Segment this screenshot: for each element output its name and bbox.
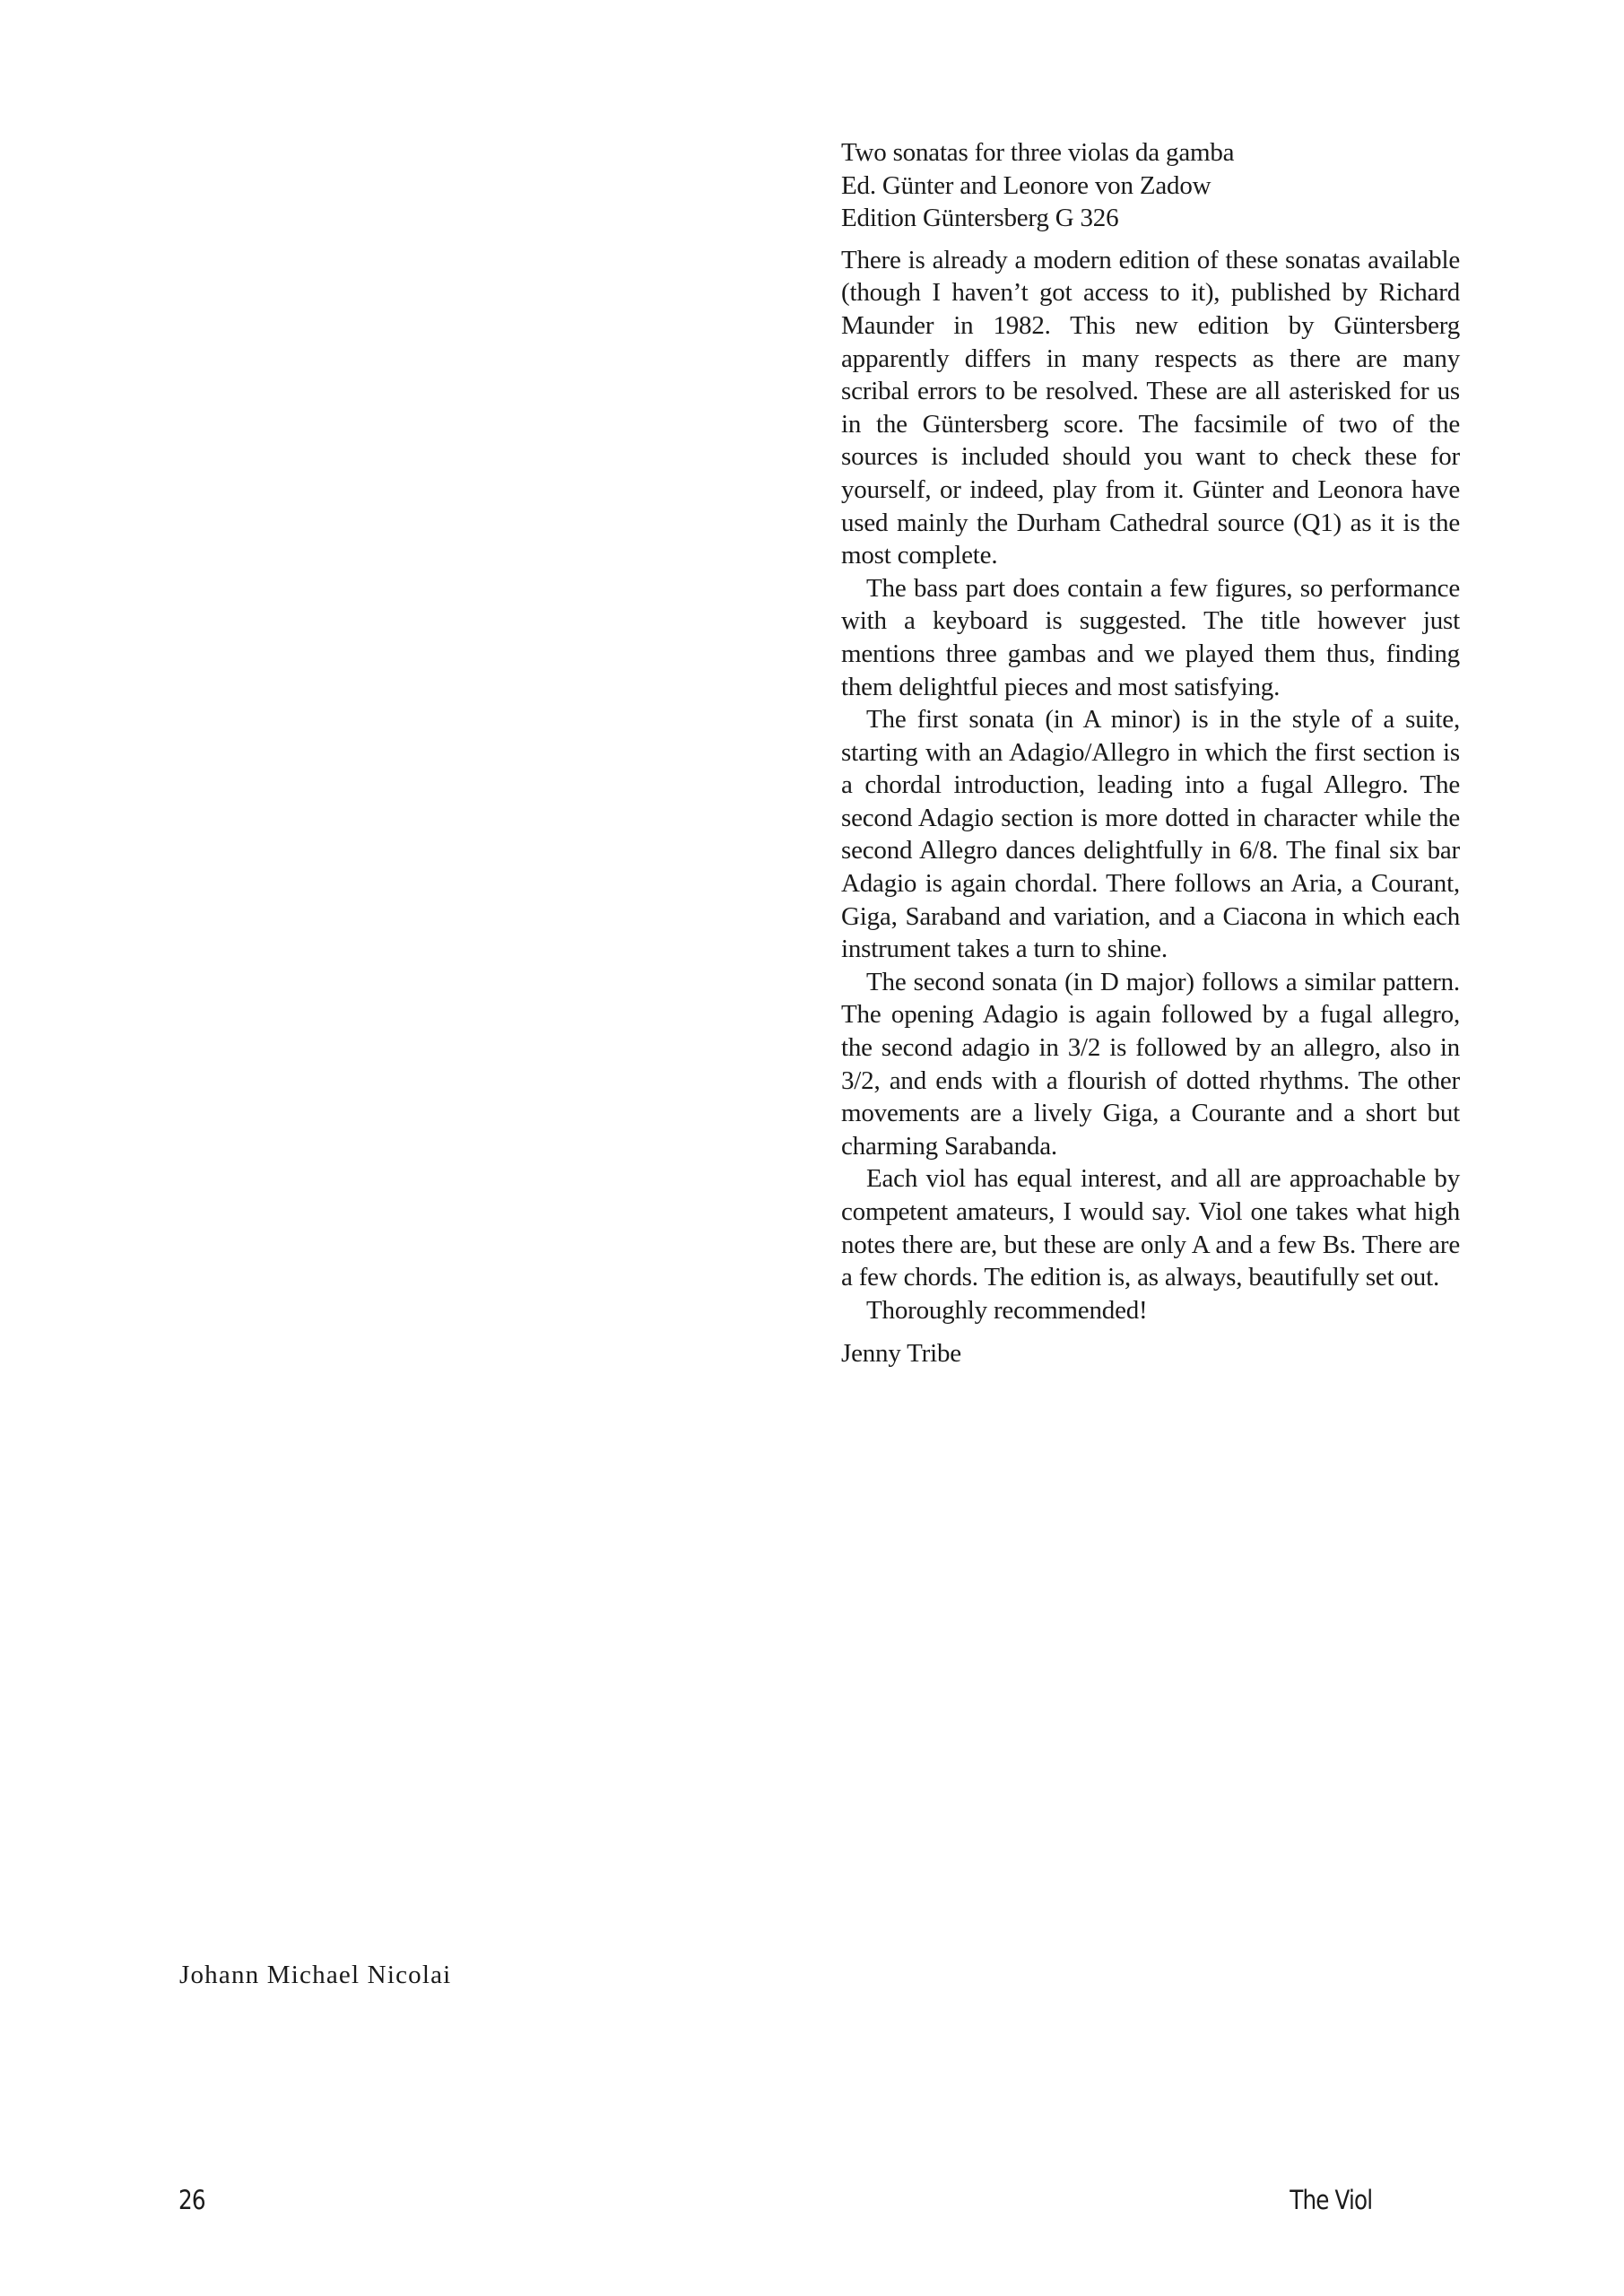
review-heading: Two sonatas for three violas da gamba Ed… [841, 136, 1460, 235]
publication-title: The Viol [1290, 2185, 1372, 2215]
editors-line: Ed. Günter and Leonore von Zadow [841, 170, 1460, 203]
review-paragraph: Thoroughly recommended! [841, 1294, 1460, 1327]
review-article: Two sonatas for three violas da gamba Ed… [841, 136, 1460, 1370]
page-number: 26 [178, 2185, 205, 2215]
work-title: Two sonatas for three violas da gamba [841, 136, 1460, 170]
review-paragraph: Each viol has equal interest, and all ar… [841, 1162, 1460, 1293]
reviewer-signature: Jenny Tribe [841, 1337, 1460, 1370]
review-paragraph: The second sonata (in D major) follows a… [841, 966, 1460, 1163]
review-paragraph: The first sonata (in A minor) is in the … [841, 703, 1460, 966]
edition-line: Edition Güntersberg G 326 [841, 202, 1460, 235]
image-caption: Johann Michael Nicolai [179, 1961, 451, 1990]
review-paragraph: There is already a modern edition of the… [841, 244, 1460, 572]
review-paragraph: The bass part does contain a few figures… [841, 572, 1460, 703]
